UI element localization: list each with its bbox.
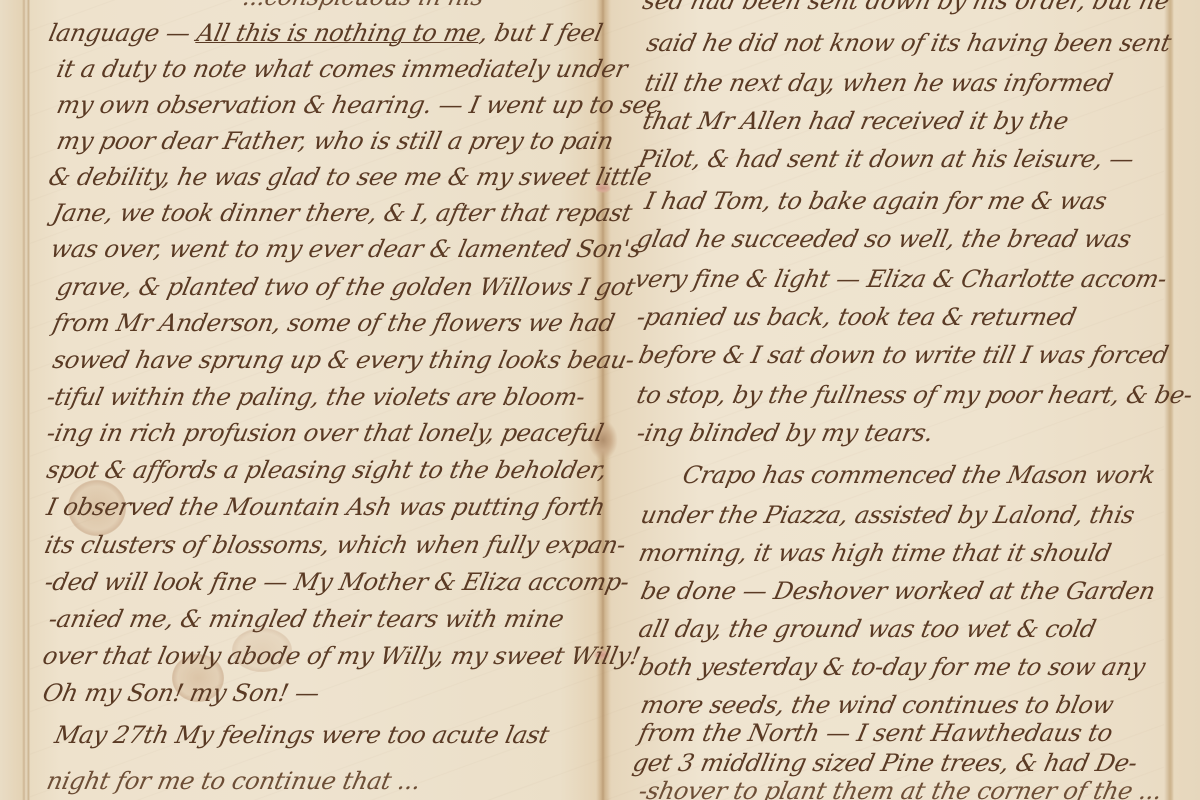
text-line: over that lowly abode of my Willy, my sw… [40, 641, 643, 671]
text-line: sed had been sent down by his order, but… [640, 0, 1172, 16]
text-line: Pilot, & had sent it down at his leisure… [636, 144, 1137, 174]
text-line: till the next day, when he was informed [642, 68, 1115, 98]
text-line: Jane, we took dinner there, & I, after t… [50, 198, 635, 228]
text-line: more seeds, the wind continues to blow [638, 690, 1116, 720]
text-line: that Mr Allen had received it by the [640, 106, 1071, 136]
text-line: glad he succeeded so well, the bread was [634, 224, 1134, 254]
text-line: ...conspicuous in his [240, 0, 487, 12]
text-line: before & I sat down to write till I was … [636, 340, 1171, 370]
text-line: said he did not know of its having been … [644, 28, 1174, 58]
text-line: -panied us back, took tea & returned [634, 302, 1079, 332]
text-line: -ded will look fine — My Mother & Eliza … [42, 567, 632, 597]
text-line: I observed the Mountain Ash was putting … [44, 492, 608, 522]
binding-gutter [596, 0, 610, 800]
text-line: be done — Deshover worked at the Garden [638, 576, 1158, 606]
text-line-part: , but I feel [477, 19, 605, 47]
text-line-part: language — [46, 19, 200, 47]
text-line: -shover to plant them at the corner of t… [636, 776, 1165, 800]
diary-entry-date-line: May 27th My feelings were too acute last [52, 720, 552, 750]
text-line: my poor dear Father, who is still a prey… [54, 126, 616, 156]
text-line: all day, the ground was too wet & cold [636, 614, 1099, 644]
text-line: I had Tom, to bake again for me & was [642, 186, 1109, 216]
text-line: -anied me, & mingled their tears with mi… [46, 604, 567, 634]
text-line: both yesterday & to-day for me to sow an… [636, 652, 1148, 682]
text-line: get 3 middling sized Pine trees, & had D… [630, 748, 1140, 778]
text-line: spot & affords a pleasing sight to the b… [44, 455, 610, 485]
text-line: Crapo has commenced the Mason work [680, 460, 1158, 490]
manuscript-spread: ...conspicuous in his language — All thi… [0, 0, 1200, 800]
text-line: & debility, he was glad to see me & my s… [46, 162, 654, 192]
text-line: its clusters of blossoms, which when ful… [42, 530, 628, 560]
text-line: it a duty to note what comes immediately… [54, 54, 630, 84]
text-line: Oh my Son! my Son! — [40, 678, 322, 708]
text-line: grave, & planted two of the golden Willo… [54, 272, 638, 302]
text-line: language — All this is nothing to me, bu… [46, 18, 605, 48]
text-line: -tiful within the paling, the violets ar… [44, 382, 588, 412]
left-page-edge [0, 0, 30, 800]
text-line: to stop, by the fullness of my poor hear… [634, 380, 1195, 410]
text-line: my own observation & hearing. — I went u… [54, 90, 664, 120]
text-line: morning, it was high time that it should [636, 538, 1114, 568]
text-line: sowed have sprung up & every thing looks… [50, 345, 637, 375]
text-line: from Mr Anderson, some of the flowers we… [50, 308, 617, 338]
text-line: -ing blinded by my tears. [634, 418, 936, 448]
text-line: night for me to continue that ... [44, 766, 423, 796]
text-line: from the North — I sent Hawthedaus to [636, 718, 1115, 748]
underlined-phrase: All this is nothing to me [194, 19, 483, 47]
text-line: was over, went to my ever dear & lamente… [48, 234, 644, 264]
text-line: under the Piazza, assisted by Lalond, th… [638, 500, 1137, 530]
text-line: -ing in rich profusion over that lonely,… [44, 418, 606, 448]
text-line: very fine & light — Eliza & Charlotte ac… [632, 264, 1169, 294]
